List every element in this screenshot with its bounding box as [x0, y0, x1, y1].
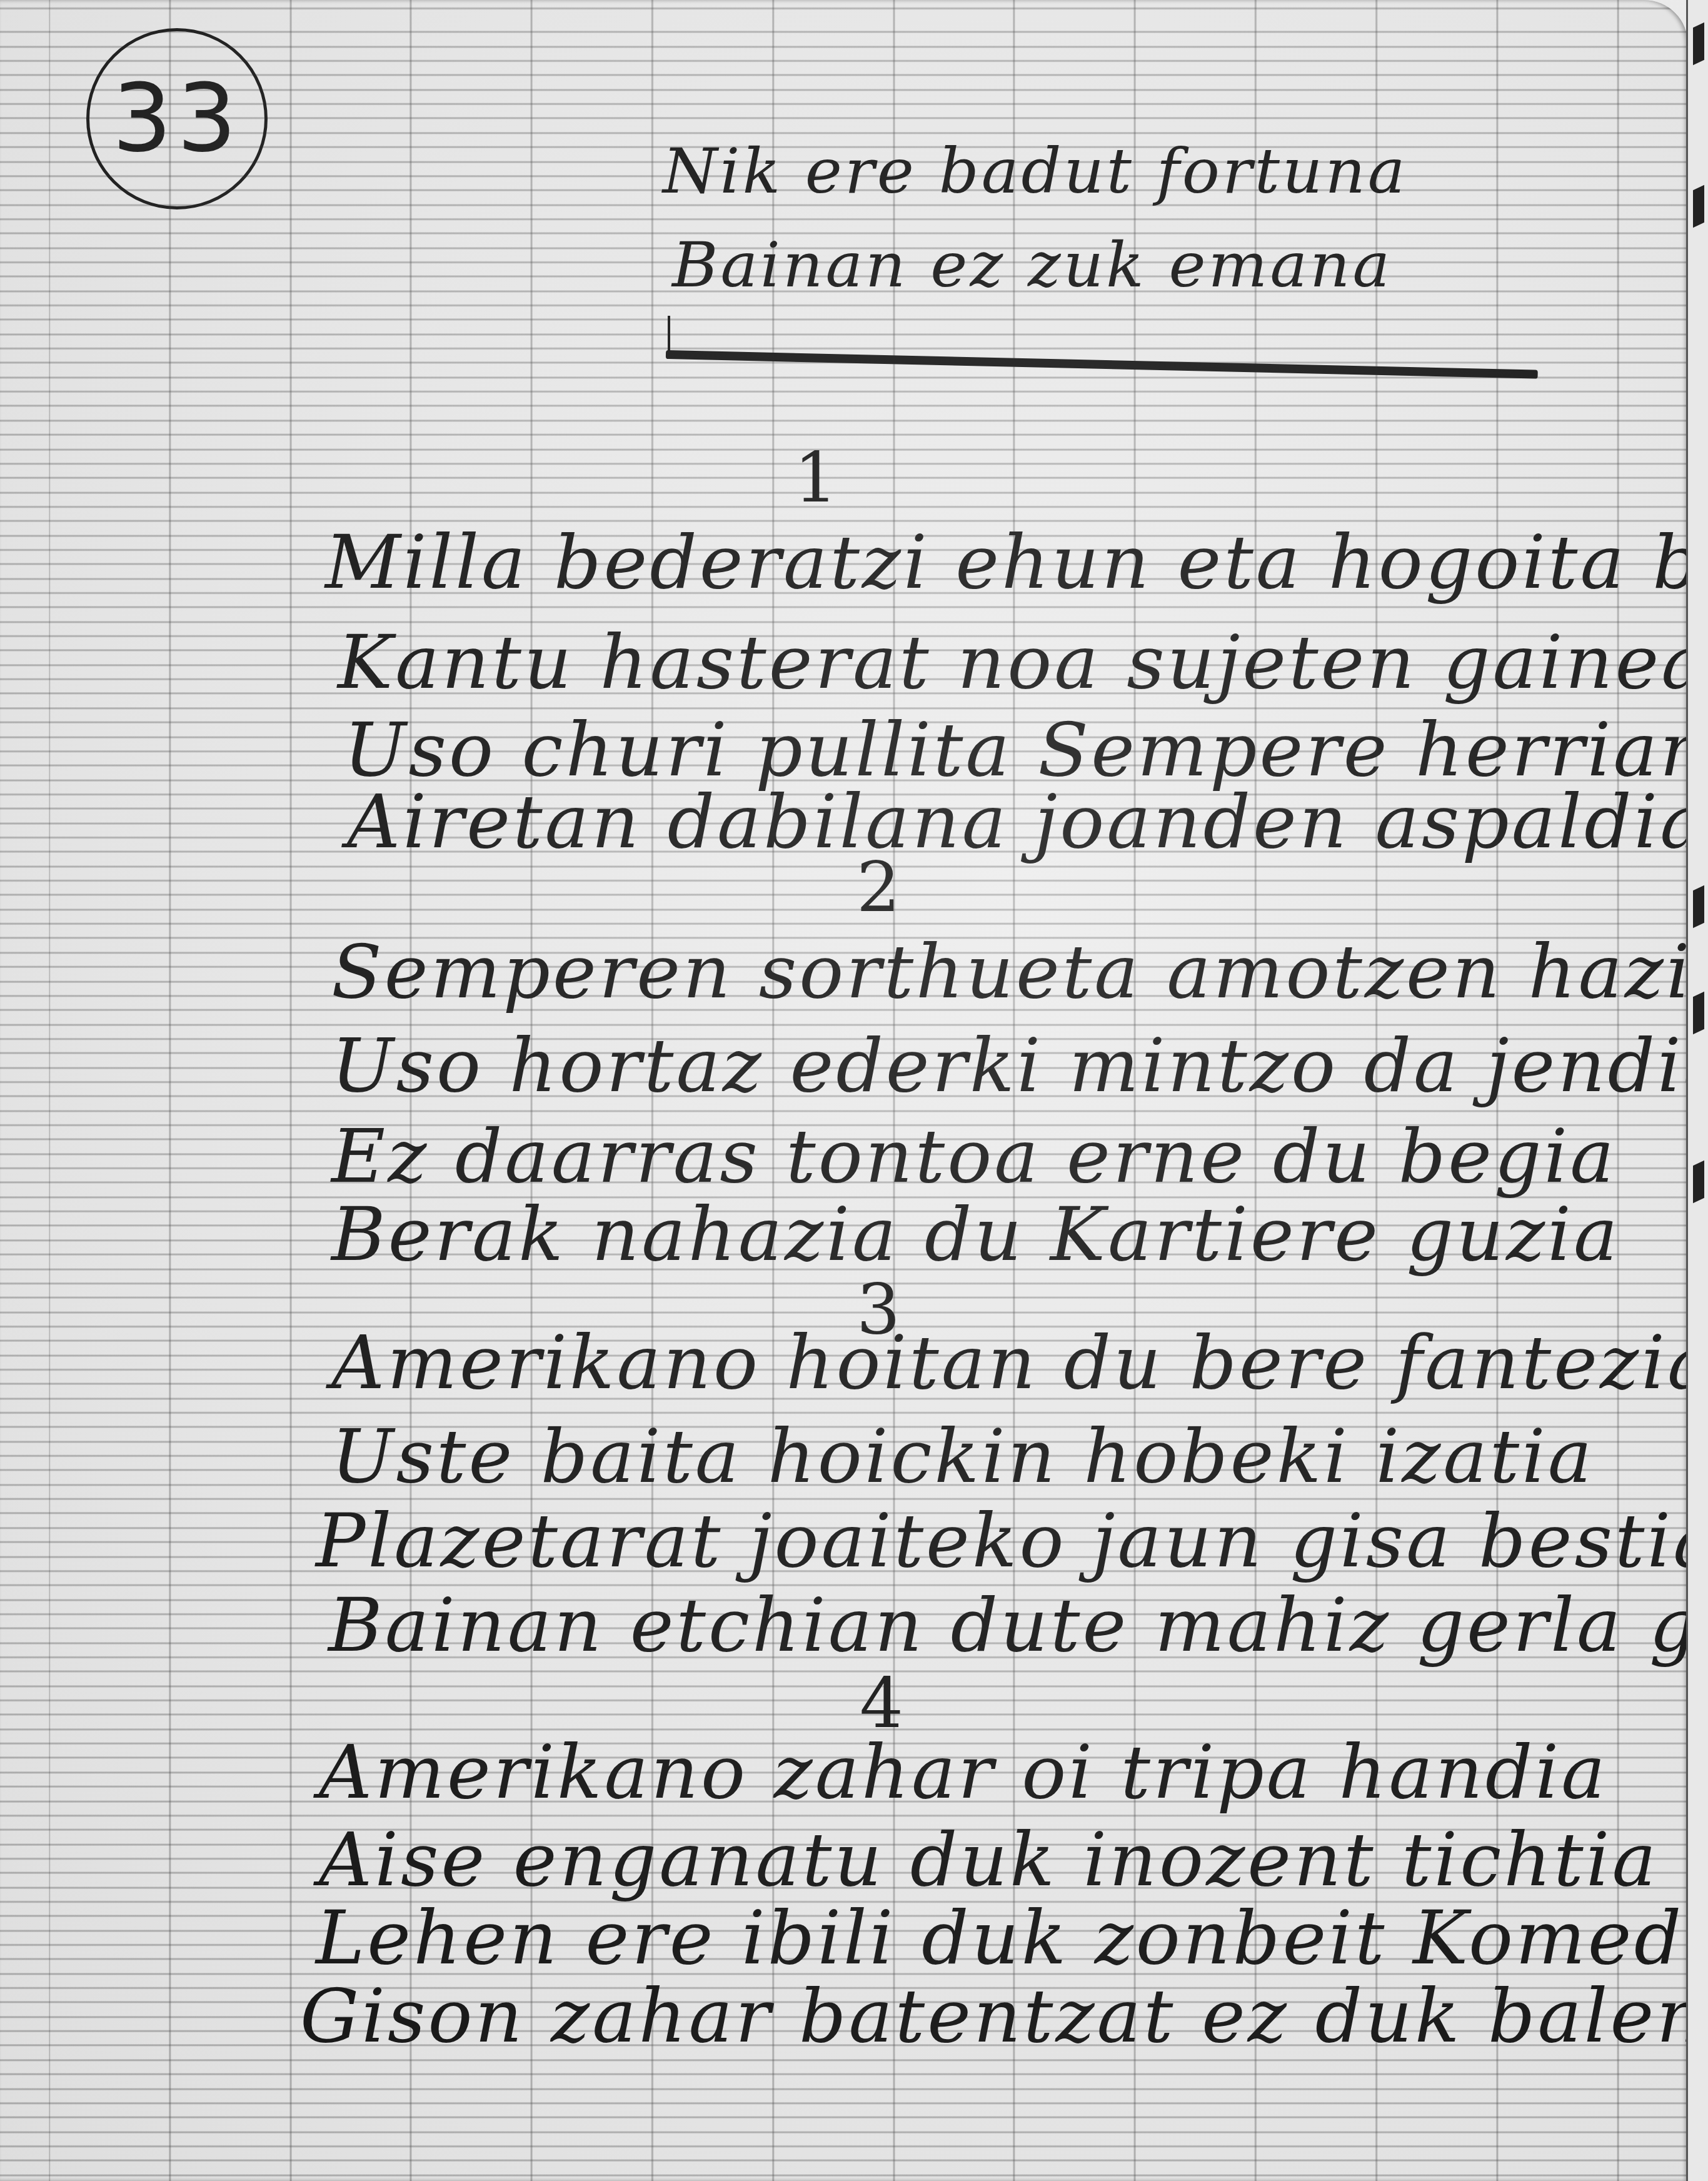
verse-line: Bainan etchian dute mahiz gerla gorria [328, 1582, 1708, 1668]
notebook-page: 33 Nik ere badut fortuna Bainan ez zuk e… [0, 0, 1688, 2181]
verse-line: Amerikano zahar oi tripa handia [319, 1729, 1608, 1815]
circled-page-number: 33 [86, 28, 268, 209]
verse-line: Kantu hasterat noa sujeten gainean [338, 619, 1708, 705]
title-line-2: Bainan ez zuk emana [672, 228, 1392, 301]
stanza-number-1: 1 [794, 438, 840, 518]
verse-line: Aise enganatu duk inozent tichtia [319, 1816, 1659, 1903]
title-underline [666, 350, 1538, 379]
binding-mark [1693, 1161, 1704, 1203]
verse-line: Semperen sorthueta amotzen hazia [331, 929, 1708, 1015]
verse-line: Uste baita hoickin hobeki izatia [331, 1413, 1594, 1499]
binding-mark [1693, 23, 1704, 65]
title-underline-hook [668, 316, 670, 353]
verse-line: Lehen ere ibili duk zonbeit Komedia [316, 1895, 1708, 1981]
verse-line: Plazetarat joaiteko jaun gisa bestia [316, 1498, 1708, 1584]
verse-line: Airetan dabilana joanden aspaldian [347, 778, 1708, 865]
binding-mark [1693, 185, 1704, 228]
stanza-number-2: 2 [857, 847, 903, 927]
verse-line: Milla bederatzi ehun eta hogoita batean [325, 519, 1708, 605]
page-number-text: 33 [113, 64, 242, 173]
binding-mark [1693, 992, 1704, 1034]
binding-mark [1693, 885, 1704, 928]
page-right-edge [1686, 0, 1708, 2181]
verse-line: Gison zahar batentzat ez duk balentria [300, 1973, 1708, 2059]
verse-line: Ez daarras tontoa erne du begia [331, 1113, 1617, 1199]
verse-line: Amerikano hoitan du bere fantezia [331, 1319, 1708, 1406]
verse-line: Berak nahazia du Kartiere guzia [331, 1191, 1620, 1277]
verse-line: Uso hortaz ederki mintzo da jendia [331, 1022, 1708, 1109]
title-line-1: Nik ere badut fortuna [663, 134, 1407, 208]
